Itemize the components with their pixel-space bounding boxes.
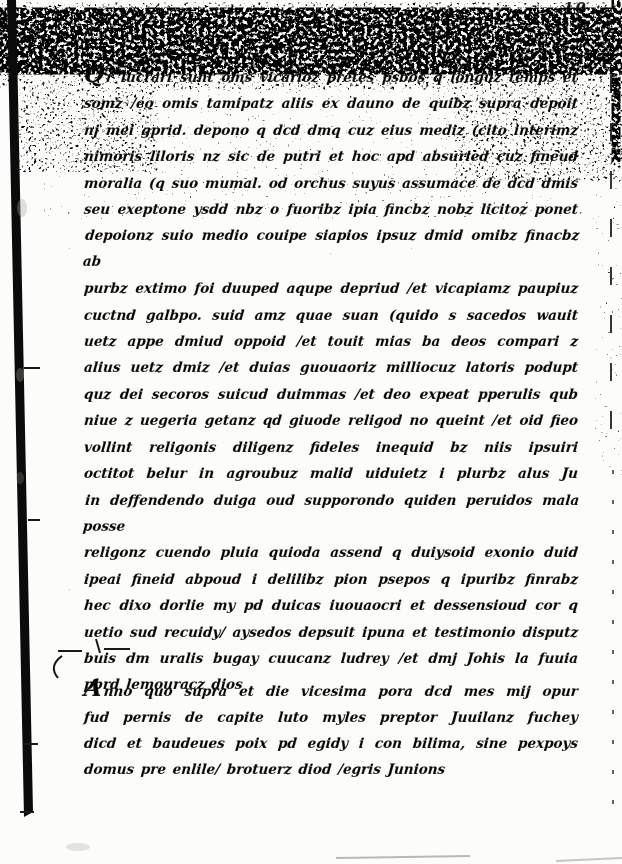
margin-smudge [16, 368, 24, 382]
manuscript-line: Anno quo supra et die vicesima pora dcd … [83, 676, 580, 705]
bottom-faint-line [336, 856, 470, 858]
left-edge-scan-bar [7, 0, 33, 817]
manuscript-line: depoionz suio medio couipe siapios ipsuz… [82, 223, 581, 276]
manuscript-line: buis dm uralis bugay cuucanz ludrey /et … [83, 646, 579, 672]
manuscript-line: alius uetz dmiz /et duias guouaoriz mill… [83, 355, 579, 381]
manuscript-line: Qr lucrari sunt oms vicarioz pretes psbo… [83, 62, 580, 91]
manuscript-line: domus pre enlile/ brotuerz diod /egris J… [83, 757, 579, 783]
margin-smudge [16, 472, 24, 484]
manuscript-line: ipeai fineid abpoud i delilibz pion psep… [83, 567, 579, 593]
page-scan: 10 Qr lucrari sunt oms vicarioz pretes p… [0, 0, 622, 864]
bottom-smudge [66, 843, 90, 851]
manuscript-line: seu exeptone ysdd nbz o fuoribz ipia fin… [83, 197, 579, 223]
manuscript-line: religonz cuendo pluia quioda assend q du… [83, 540, 579, 566]
manuscript-line: fud pernis de capite luto myles preptor … [83, 705, 579, 731]
manuscript-line: cuctnd galbpo. suid amz quae suan (quido… [83, 303, 579, 329]
manuscript-line: uetz appe dmiud oppoid /et touit mias ba… [83, 329, 579, 355]
margin-curve-mark [54, 656, 62, 678]
page-number: 10 [563, 1, 588, 16]
manuscript-line: dicd et baudeues poix pd egidy i con bil… [83, 731, 579, 757]
manuscript-paragraph-1: Qr lucrari sunt oms vicarioz pretes psbo… [84, 62, 578, 699]
manuscript-line: nj mei gprid. depono q dcd dmq cuz eius … [83, 118, 579, 144]
manuscript-line: in deffendendo duiga oud supporondo quid… [82, 488, 581, 541]
right-margin-speckle [596, 30, 622, 460]
manuscript-line: purbz extimo foi duuped aqupe depriud /e… [83, 276, 579, 302]
manuscript-line: niue z uegeria getanz qd giuode religod … [83, 408, 579, 434]
right-edge-dark-strip [612, 16, 620, 146]
manuscript-line: uetio sud recuidy/ aysedos depsuit ipuna… [83, 620, 579, 646]
manuscript-line: somz /eo omis tamipatz aliis ex dauno de… [83, 91, 579, 117]
manuscript-line: vollint religonis diligenz fideles inequ… [83, 435, 579, 461]
manuscript-line: nimoris liloris nz sic de putri et hoc a… [83, 144, 579, 170]
manuscript-line: octitot belur in agroubuz malid uiduietz… [83, 461, 579, 487]
manuscript-line: moralia (q suo mumal. od orchus suyus as… [83, 171, 579, 197]
manuscript-line: quz dei secoros suicud duimmas /et deo e… [83, 382, 579, 408]
bottom-right-faint-line [556, 858, 622, 861]
manuscript-paragraph-2: Anno quo supra et die vicesima pora dcd … [84, 676, 578, 783]
left-margin-dashes [20, 368, 40, 812]
margin-smudge [17, 199, 27, 217]
top-scan-band [25, 14, 615, 68]
manuscript-line: hec dixo dorlie my pd duicas iuouaocri e… [83, 593, 579, 619]
